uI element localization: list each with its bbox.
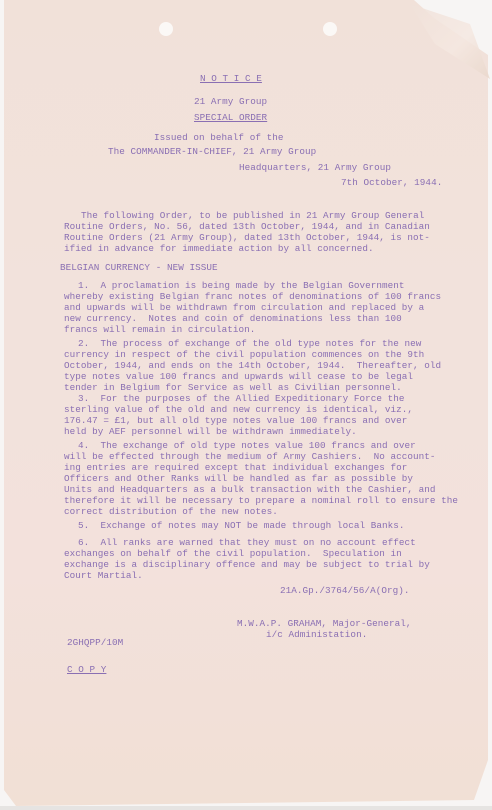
special-order-title: SPECIAL ORDER	[194, 112, 267, 123]
document-page: N O T I C E 21 Army Group SPECIAL ORDER …	[4, 0, 488, 806]
paragraph-line: tender in Belgium for Service as well as…	[64, 382, 402, 393]
paragraph-line: sterling value of the old and new curren…	[64, 404, 413, 415]
paragraph-line: 1. A proclamation is being made by the B…	[78, 280, 404, 291]
notice-title: N O T I C E	[200, 73, 262, 84]
paragraph-line: exchanges on behalf of the civil populat…	[64, 548, 402, 559]
paragraph-line: Court Martial.	[64, 570, 143, 581]
paragraph-line: type notes value 100 francs and upwards …	[64, 371, 413, 382]
org-name: 21 Army Group	[194, 96, 267, 107]
scan-edge	[0, 806, 492, 810]
intro-line: Routine Orders, No. 56, dated 13th Octob…	[64, 221, 430, 232]
paragraph-line: new currency. Notes and coin of denomina…	[64, 313, 402, 324]
signature-line-2: i/c Administation.	[266, 629, 367, 640]
paragraph-line: whereby existing Belgian franc notes of …	[64, 291, 441, 302]
printer-code: 2GHQPP/10M	[67, 637, 123, 648]
date: 7th October, 1944.	[341, 177, 442, 188]
hq-line: Headquarters, 21 Army Group	[239, 162, 391, 173]
paragraph-line: ing entries are required except that ind…	[64, 462, 407, 473]
paragraph-line: 2. The process of exchange of the old ty…	[78, 338, 421, 349]
paragraph-line: Units and Headquarters as a bulk transac…	[64, 484, 436, 495]
intro-line: The following Order, to be published in …	[81, 210, 424, 221]
paragraph-line: 3. For the purposes of the Allied Expedi…	[78, 393, 404, 404]
punch-hole-right	[323, 22, 337, 36]
paragraph-line: currency in respect of the civil populat…	[64, 349, 424, 360]
paragraph-line: 6. All ranks are warned that they must o…	[78, 537, 416, 548]
paragraph-line: therefore it will be necessary to prepar…	[64, 495, 458, 506]
intro-line: ified in advance for immediate action by…	[64, 243, 374, 254]
paragraph-line: 176.47 = £1, but all old type notes valu…	[64, 415, 407, 426]
reference-number: 21A.Gp./3764/56/A(Org).	[280, 585, 409, 596]
paragraph-line: October, 1944, and ends on the 14th Octo…	[64, 360, 441, 371]
paragraph-line: exchange is a disciplinary offence and m…	[64, 559, 430, 570]
paragraph-line: held by AEF personnel will be withdrawn …	[64, 426, 357, 437]
intro-line: Routine Orders (21 Army Group), dated 13…	[64, 232, 430, 243]
issued-line-1: Issued on behalf of the	[154, 132, 283, 143]
paragraph-line: and upwards will be withdrawn from circu…	[64, 302, 424, 313]
section-heading: BELGIAN CURRENCY - NEW ISSUE	[60, 262, 218, 273]
copy-mark: C O P Y	[67, 664, 106, 675]
paragraph-line: francs will remain in circulation.	[64, 324, 255, 335]
paragraph-line: 5. Exchange of notes may NOT be made thr…	[78, 520, 404, 531]
paragraph-line: will be effected through the medium of A…	[64, 451, 436, 462]
issued-line-2: The COMMANDER-IN-CHIEF, 21 Army Group	[108, 146, 316, 157]
paragraph-line: correct distribution of the new notes.	[64, 506, 278, 517]
punch-hole-left	[159, 22, 173, 36]
paragraph-line: 4. The exchange of old type notes value …	[78, 440, 416, 451]
signature-line-1: M.W.A.P. GRAHAM, Major-General,	[237, 618, 412, 629]
paragraph-line: Officers and Other Ranks will be handled…	[64, 473, 413, 484]
